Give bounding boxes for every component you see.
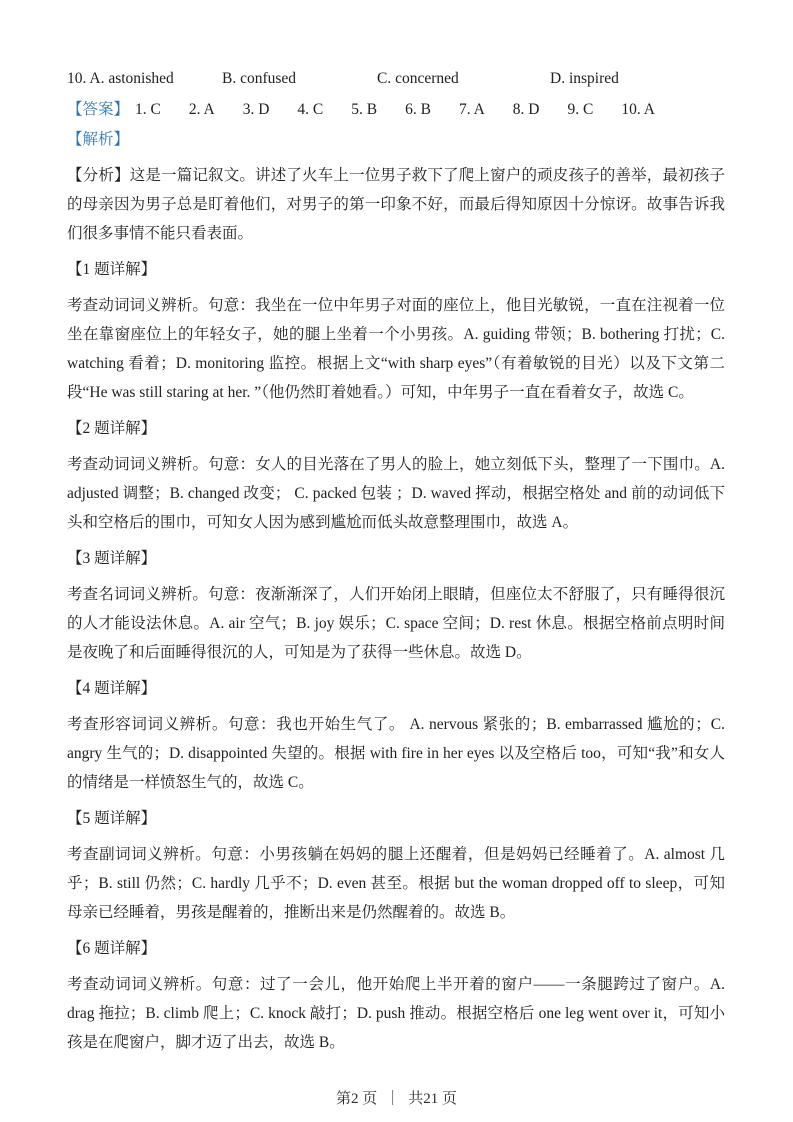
overview-paragraph: 【分析】这是一篇记叙文。讲述了火车上一位男子救下了爬上窗户的顽皮孩子的善举，最初… — [67, 161, 725, 248]
explanation-heading-6: 【6 题详解】 — [67, 934, 725, 963]
explanation-heading-4: 【4 题详解】 — [67, 674, 725, 703]
question-10-option-b: B. confused — [222, 64, 377, 93]
answer-item-6: 6. B — [405, 95, 431, 124]
footer-page-current: 第2 页 — [332, 1091, 381, 1107]
answer-item-3: 3. D — [243, 95, 270, 124]
answer-item-10: 10. A — [621, 95, 655, 124]
analysis-label: 【解析】 — [67, 131, 129, 148]
answer-item-5: 5. B — [351, 95, 377, 124]
answer-key-label: 【答案】 — [67, 95, 129, 124]
overview-label: 【分析】 — [67, 167, 130, 184]
explanation-paragraph-5: 考查副词词义辨析。句意：小男孩躺在妈妈的腿上还醒着，但是妈妈已经睡着了。A. a… — [67, 840, 725, 927]
answer-item-7: 7. A — [459, 95, 485, 124]
question-10-option-a: 10. A. astonished — [67, 64, 222, 93]
explanation-heading-5: 【5 题详解】 — [67, 804, 725, 833]
overview-text: 这是一篇记叙文。讲述了火车上一位男子救下了爬上窗户的顽皮孩子的善举，最初孩子的母… — [67, 167, 725, 242]
explanation-paragraph-6: 考查动词词义辨析。句意：过了一会儿，他开始爬上半开着的窗户——一条腿跨过了窗户。… — [67, 970, 725, 1057]
explanation-paragraph-4: 考查形容词词义辨析。句意：我也开始生气了。 A. nervous 紧张的；B. … — [67, 710, 725, 797]
document-page: 10. A. astonished B. confused C. concern… — [0, 0, 793, 1122]
explanation-heading-3: 【3 题详解】 — [67, 544, 725, 573]
footer-page-total: 共21 页 — [404, 1091, 461, 1107]
answer-key-row: 【答案】 1. C 2. A 3. D 4. C 5. B 6. B 7. A … — [67, 95, 725, 124]
explanation-paragraph-1: 考查动词词义辨析。句意：我坐在一位中年男子对面的座位上，他目光敏锐，一直在注视着… — [67, 291, 725, 407]
answer-item-1: 1. C — [135, 95, 161, 124]
page-content: 10. A. astonished B. confused C. concern… — [67, 64, 725, 1057]
footer-separator: ｜ — [381, 1091, 404, 1107]
answer-item-2: 2. A — [189, 95, 215, 124]
answer-item-4: 4. C — [297, 95, 323, 124]
explanation-paragraph-2: 考查动词词义辨析。句意：女人的目光落在了男人的脸上，她立刻低下头，整理了一下围巾… — [67, 450, 725, 537]
answer-item-8: 8. D — [513, 95, 540, 124]
explanation-heading-1: 【1 题详解】 — [67, 255, 725, 284]
explanation-heading-2: 【2 题详解】 — [67, 414, 725, 443]
question-10-option-d: D. inspired — [550, 64, 725, 93]
question-10-options-row: 10. A. astonished B. confused C. concern… — [67, 64, 725, 93]
page-footer: 第2 页｜共21 页 — [0, 1087, 793, 1108]
explanation-paragraph-3: 考查名词词义辨析。句意：夜渐渐深了，人们开始闭上眼睛，但座位太不舒服了，只有睡得… — [67, 580, 725, 667]
question-10-option-c: C. concerned — [377, 64, 550, 93]
answer-item-9: 9. C — [567, 95, 593, 124]
analysis-tag-row: 【解析】 — [67, 125, 725, 154]
